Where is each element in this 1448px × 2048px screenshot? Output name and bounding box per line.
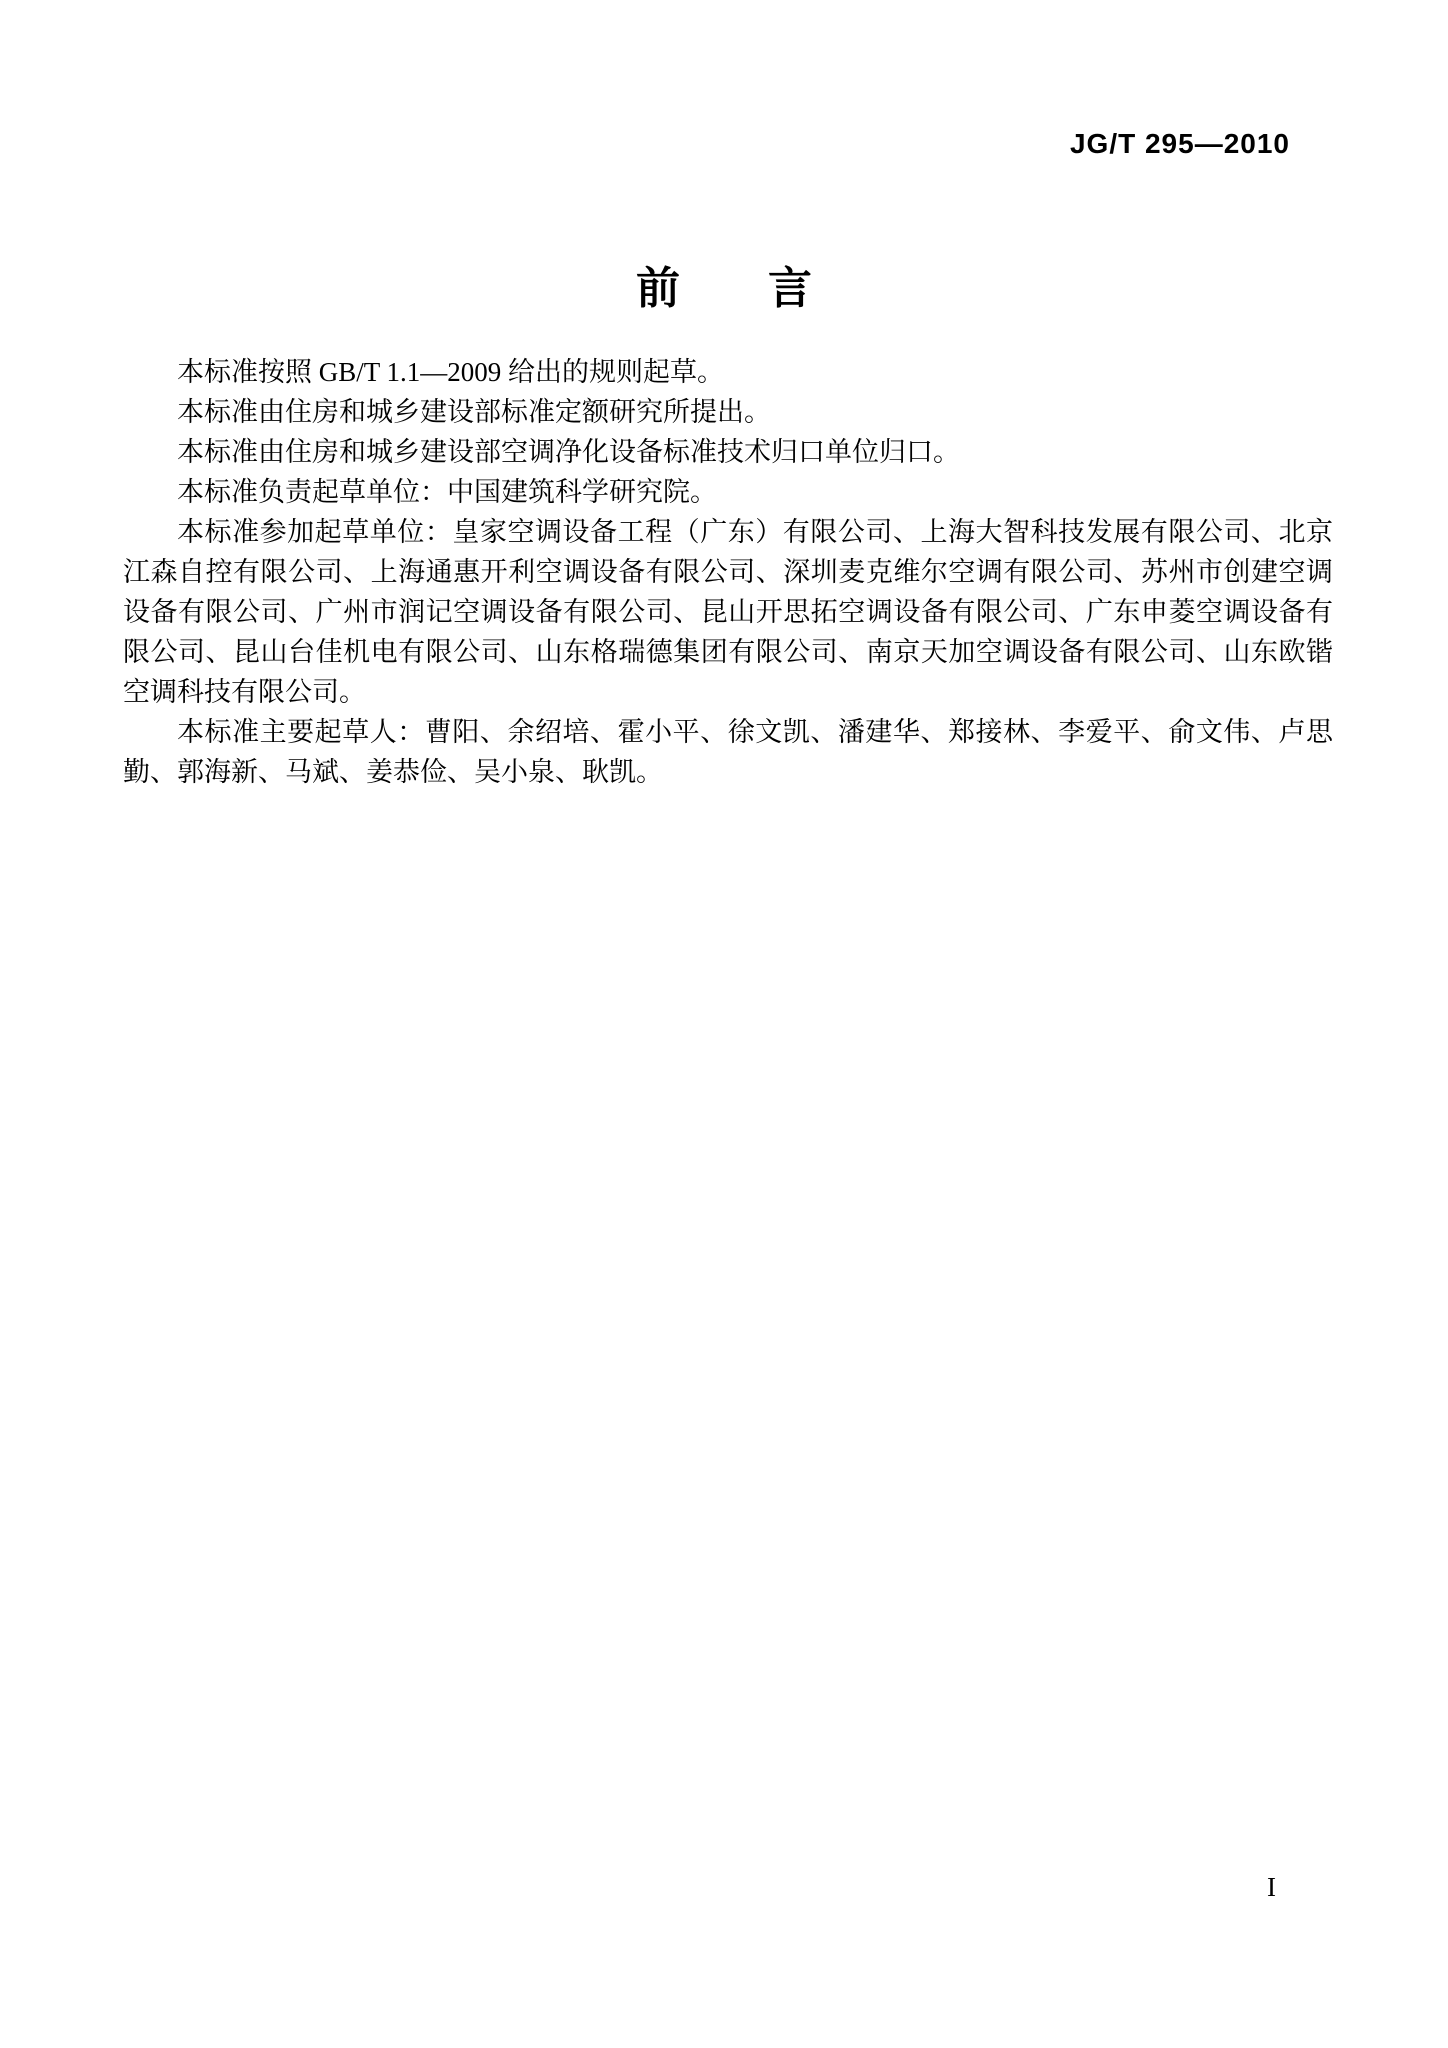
foreword-paragraph: 本标准由住房和城乡建设部标准定额研究所提出。 [123, 392, 1333, 432]
foreword-paragraph: 本标准主要起草人：曹阳、余绍培、霍小平、徐文凯、潘建华、郑接林、李爱平、俞文伟、… [123, 712, 1333, 792]
foreword-paragraph: 本标准参加起草单位：皇家空调设备工程（广东）有限公司、上海大智科技发展有限公司、… [123, 512, 1333, 712]
standard-code: JG/T 295—2010 [1070, 128, 1290, 160]
page-number: I [1267, 1872, 1276, 1903]
foreword-paragraph: 本标准按照 GB/T 1.1—2009 给出的规则起草。 [123, 352, 1333, 392]
foreword-paragraph: 本标准由住房和城乡建设部空调净化设备标准技术归口单位归口。 [123, 432, 1333, 472]
document-page: JG/T 295—2010 前 言 本标准按照 GB/T 1.1—2009 给出… [0, 0, 1448, 2048]
foreword-body: 本标准按照 GB/T 1.1—2009 给出的规则起草。 本标准由住房和城乡建设… [123, 352, 1333, 792]
page-title: 前 言 [0, 252, 1448, 316]
foreword-paragraph: 本标准负责起草单位：中国建筑科学研究院。 [123, 472, 1333, 512]
